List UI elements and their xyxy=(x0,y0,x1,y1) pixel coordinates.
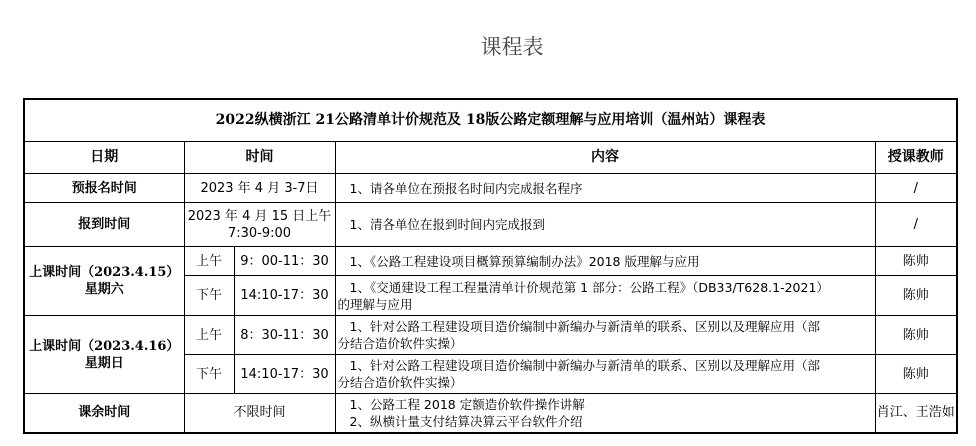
header-time: 时间 xyxy=(184,142,335,174)
date-cell: 上课时间（2023.4.16） 星期日 xyxy=(24,316,184,394)
content-cell: 1、《交通建设工程工程量清单计价规范第 1 部分：公路工程》（DB33/T628… xyxy=(335,276,875,316)
date-cell: 上课时间（2023.4.15） 星期六 xyxy=(24,247,184,316)
time-cell: 2023 年 4 月 3-7日 xyxy=(184,174,335,203)
content-cell: 1、清各单位在报到时间内完成报到 xyxy=(335,203,875,247)
content-line: 的理解与应用 xyxy=(338,296,875,313)
date-cell: 预报名时间 xyxy=(24,174,184,203)
range-cell: 9：00-11：30 xyxy=(234,247,335,276)
date-line: 上课时间（2023.4.15） xyxy=(25,264,184,281)
content-line: 1、针对公路工程建设项目造价编制中新编办与新清单的联系、区别以及理解应用（部 xyxy=(338,318,875,335)
period-cell: 上午 xyxy=(184,316,234,355)
range-cell: 8：30-11：30 xyxy=(234,316,335,355)
page-title: 课程表 xyxy=(0,31,976,61)
date-cell: 报到时间 xyxy=(24,203,184,247)
table-row: 上课时间（2023.4.16） 星期日 上午 8：30-11：30 1、针对公路… xyxy=(24,316,957,355)
content-line: 1、《公路工程建设项目概算预算编制办法》2018 版理解与应用 xyxy=(338,253,875,270)
content-line: 1、请各单位在预报名时间内完成报名程序 xyxy=(338,181,583,196)
content-cell: 1、请各单位在预报名时间内完成报名程序 xyxy=(335,174,875,203)
table-row: 上课时间（2023.4.15） 星期六 上午 9：00-11：30 1、《公路工… xyxy=(24,247,957,276)
date-line: 星期六 xyxy=(25,281,184,298)
content-cell: 1、《公路工程建设项目概算预算编制办法》2018 版理解与应用 xyxy=(335,247,875,276)
time-line: 2023 年 4 月 15 日上午 xyxy=(185,208,335,225)
teacher-cell: / xyxy=(875,203,957,247)
time-cell: 2023 年 4 月 15 日上午 7:30-9:00 xyxy=(184,203,335,247)
content-cell: 1、针对公路工程建设项目造价编制中新编办与新清单的联系、区别以及理解应用（部 分… xyxy=(335,316,875,355)
period-cell: 下午 xyxy=(184,355,234,394)
teacher-cell: 陈帅 xyxy=(875,355,957,394)
range-cell: 14:10-17：30 xyxy=(234,276,335,316)
teacher-cell: / xyxy=(875,174,957,203)
header-content: 内容 xyxy=(335,142,875,174)
content-line: 1、清各单位在报到时间内完成报到 xyxy=(338,217,545,232)
period-cell: 下午 xyxy=(184,276,234,316)
content-cell: 1、针对公路工程建设项目造价编制中新编办与新清单的联系、区别以及理解应用（部 分… xyxy=(335,355,875,394)
time-line: 7:30-9:00 xyxy=(185,225,335,242)
time-cell: 不限时间 xyxy=(184,394,335,433)
content-line: 2、纵横计量支付结算决算云平台软件介绍 xyxy=(338,413,875,430)
period-cell: 上午 xyxy=(184,247,234,276)
date-line: 星期日 xyxy=(25,355,184,372)
table-row: 课余时间 不限时间 1、公路工程 2018 定额造价软件操作讲解 2、纵横计量支… xyxy=(24,394,957,433)
teacher-cell: 陈帅 xyxy=(875,247,957,276)
content-cell: 1、公路工程 2018 定额造价软件操作讲解 2、纵横计量支付结算决算云平台软件… xyxy=(335,394,875,433)
table-row: 报到时间 2023 年 4 月 15 日上午 7:30-9:00 1、清各单位在… xyxy=(24,203,957,247)
content-line: 1、针对公路工程建设项目造价编制中新编办与新清单的联系、区别以及理解应用（部 xyxy=(338,357,875,374)
table-row: 预报名时间 2023 年 4 月 3-7日 1、请各单位在预报名时间内完成报名程… xyxy=(24,174,957,203)
range-cell: 14:10-17：30 xyxy=(234,355,335,394)
date-line: 上课时间（2023.4.16） xyxy=(25,338,184,355)
header-teacher: 授课教师 xyxy=(875,142,957,174)
content-line: 1、公路工程 2018 定额造价软件操作讲解 xyxy=(338,396,875,413)
content-line: 分结合造价软件实操） xyxy=(338,335,875,352)
content-line: 分结合造价软件实操） xyxy=(338,374,875,391)
teacher-cell: 陈帅 xyxy=(875,316,957,355)
header-row: 日期 时间 内容 授课教师 xyxy=(24,142,957,174)
header-date: 日期 xyxy=(24,142,184,174)
content-line: 1、《交通建设工程工程量清单计价规范第 1 部分：公路工程》（DB33/T628… xyxy=(338,279,875,296)
teacher-cell: 肖江、王浩如 xyxy=(875,394,957,433)
table-title: 2022纵横浙江 21公路清单计价规范及 18版公路定额理解与应用培训（温州站）… xyxy=(24,99,957,142)
teacher-cell: 陈帅 xyxy=(875,276,957,316)
schedule-table: 2022纵横浙江 21公路清单计价规范及 18版公路定额理解与应用培训（温州站）… xyxy=(23,98,958,434)
date-cell: 课余时间 xyxy=(24,394,184,433)
